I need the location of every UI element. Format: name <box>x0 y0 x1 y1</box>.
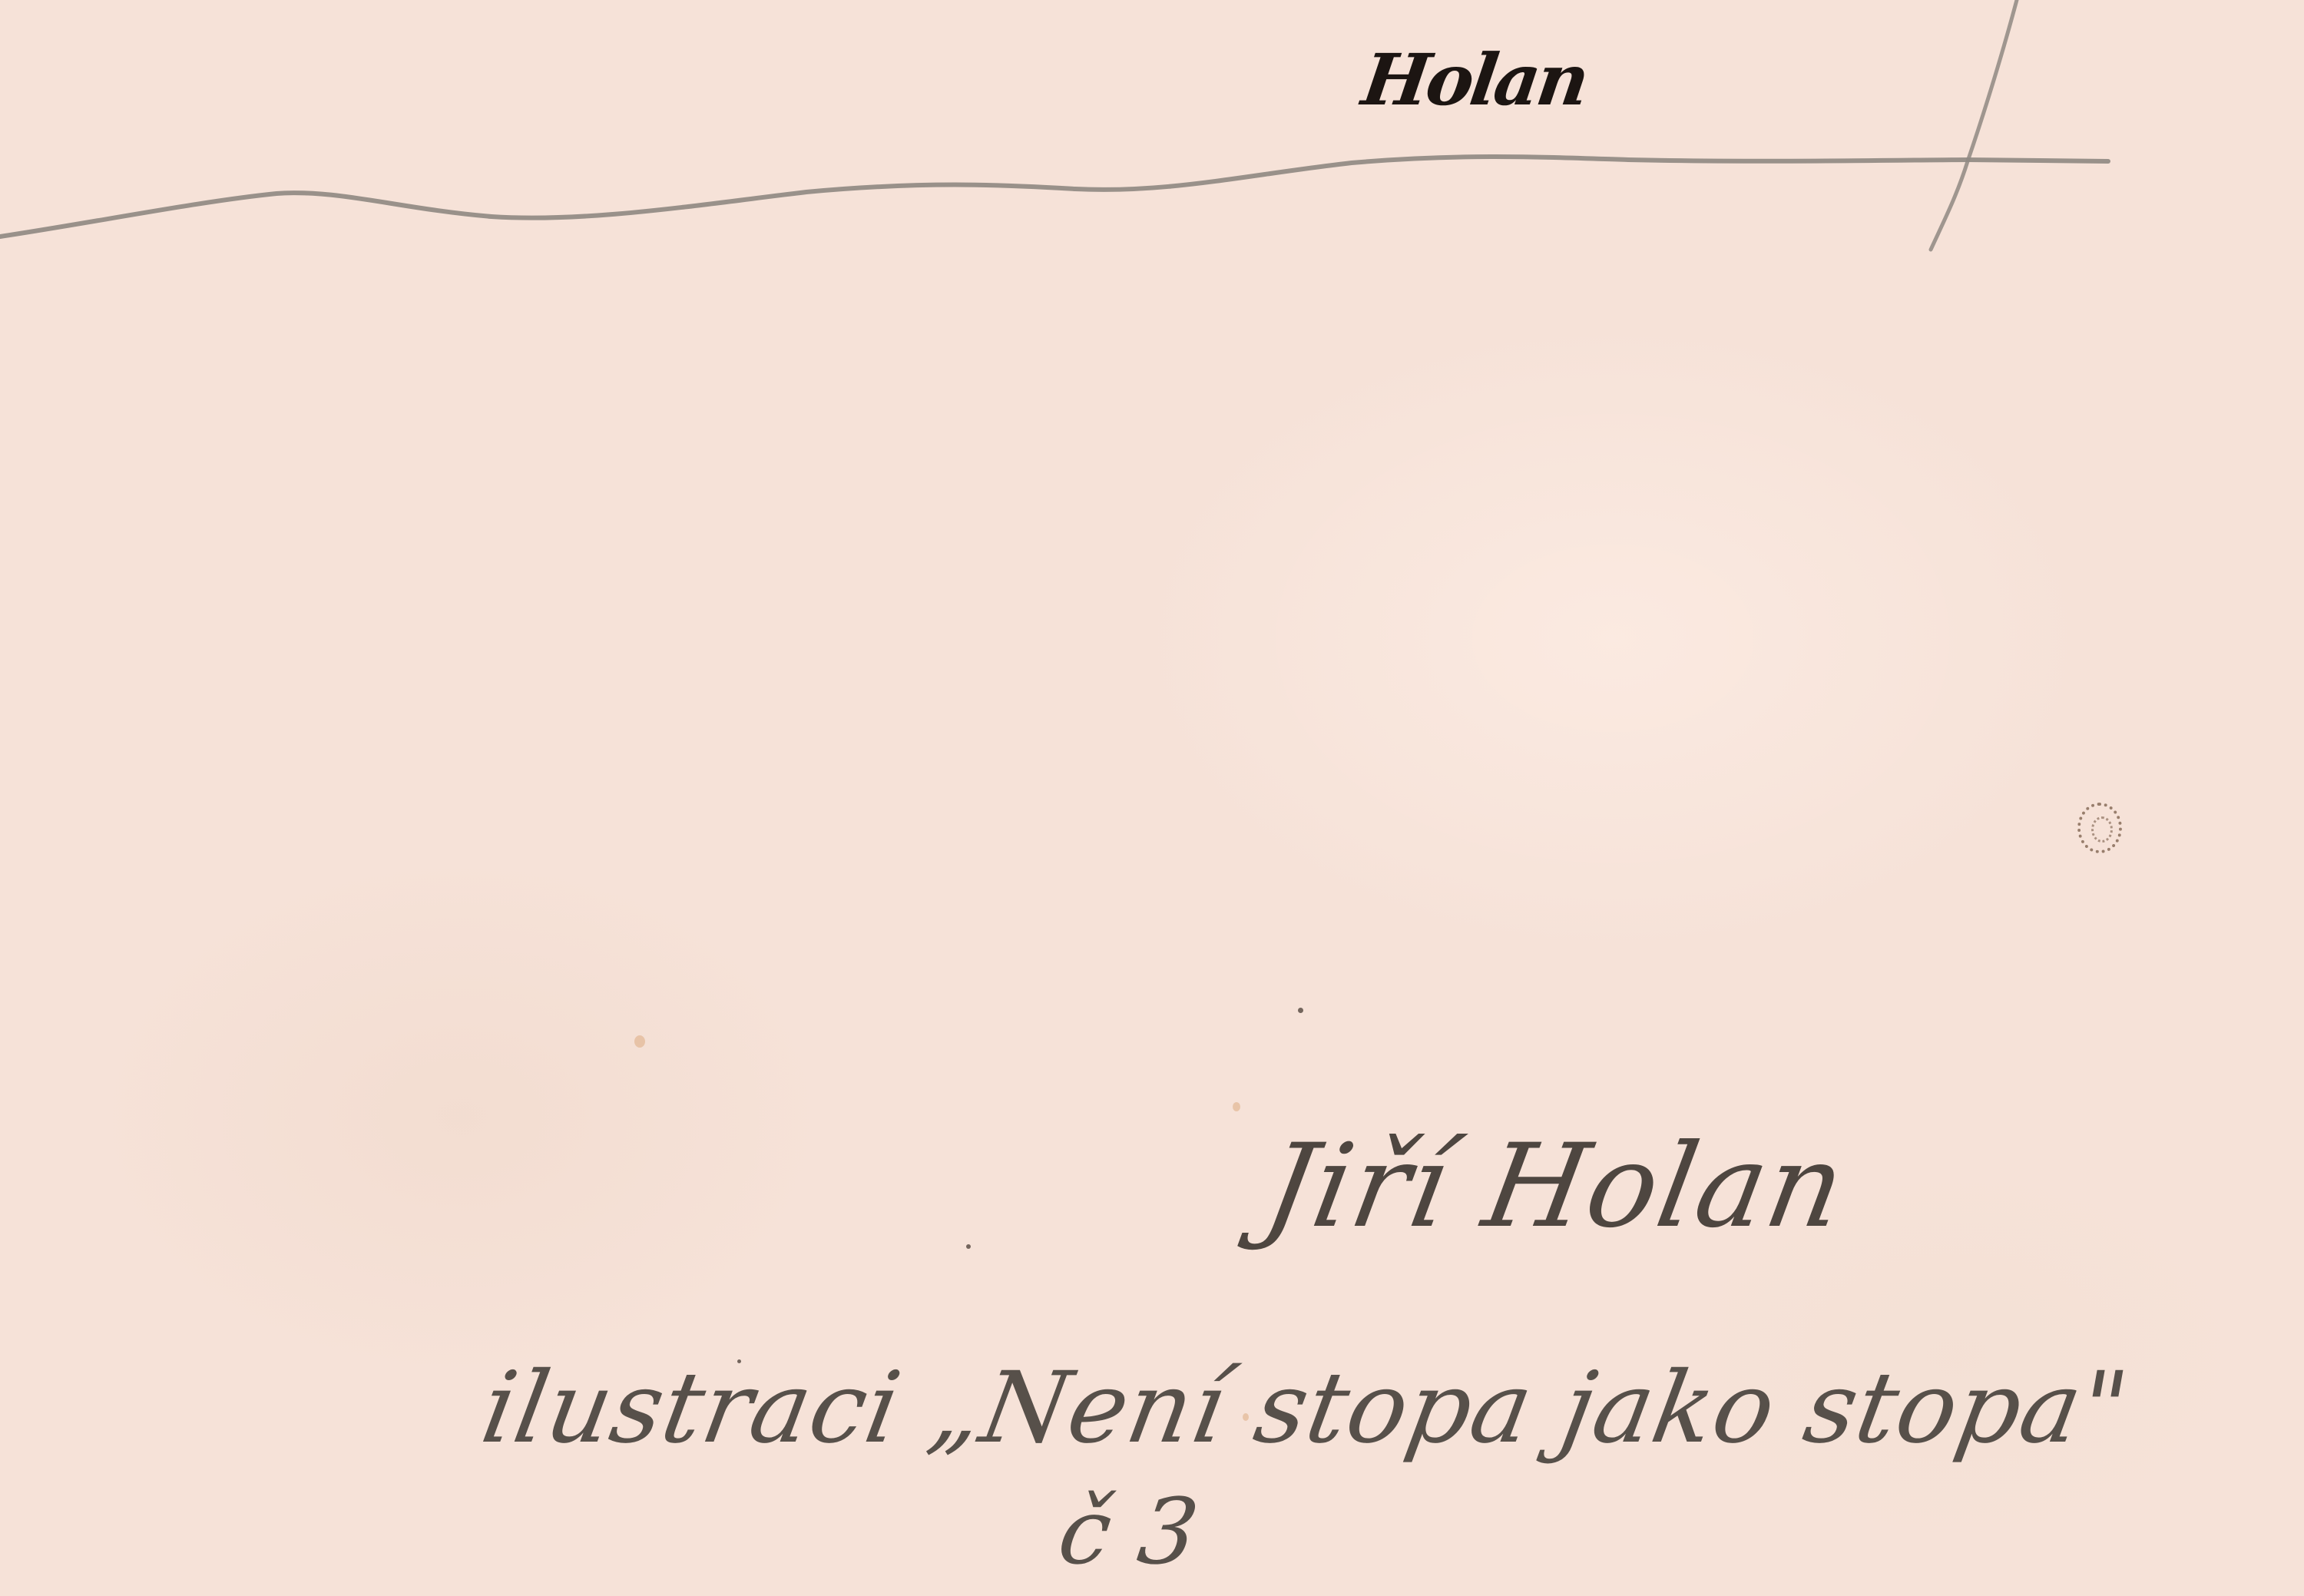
paper-speck <box>966 1244 971 1249</box>
paper-speck <box>1298 1008 1303 1013</box>
paper-sheet: Holan Jiří Holan ilustraci „Není stopa j… <box>0 0 2304 1596</box>
main-signature: Jiří Holan <box>1257 1129 1854 1244</box>
diagonal-stroke <box>1931 0 2017 250</box>
foxing-spot <box>1233 1102 1240 1111</box>
paper-speck <box>737 1359 741 1363</box>
horizontal-wavy-line <box>0 157 2108 237</box>
foxing-spot <box>1243 1413 1249 1421</box>
top-signature: Holan <box>1359 45 1591 115</box>
stamp-mark <box>2077 803 2122 853</box>
caption-line: ilustraci „Není stopa jako stopa" <box>475 1359 2136 1458</box>
foxing-spot <box>634 1035 645 1048</box>
caption-number: č 3 <box>1054 1486 1203 1577</box>
